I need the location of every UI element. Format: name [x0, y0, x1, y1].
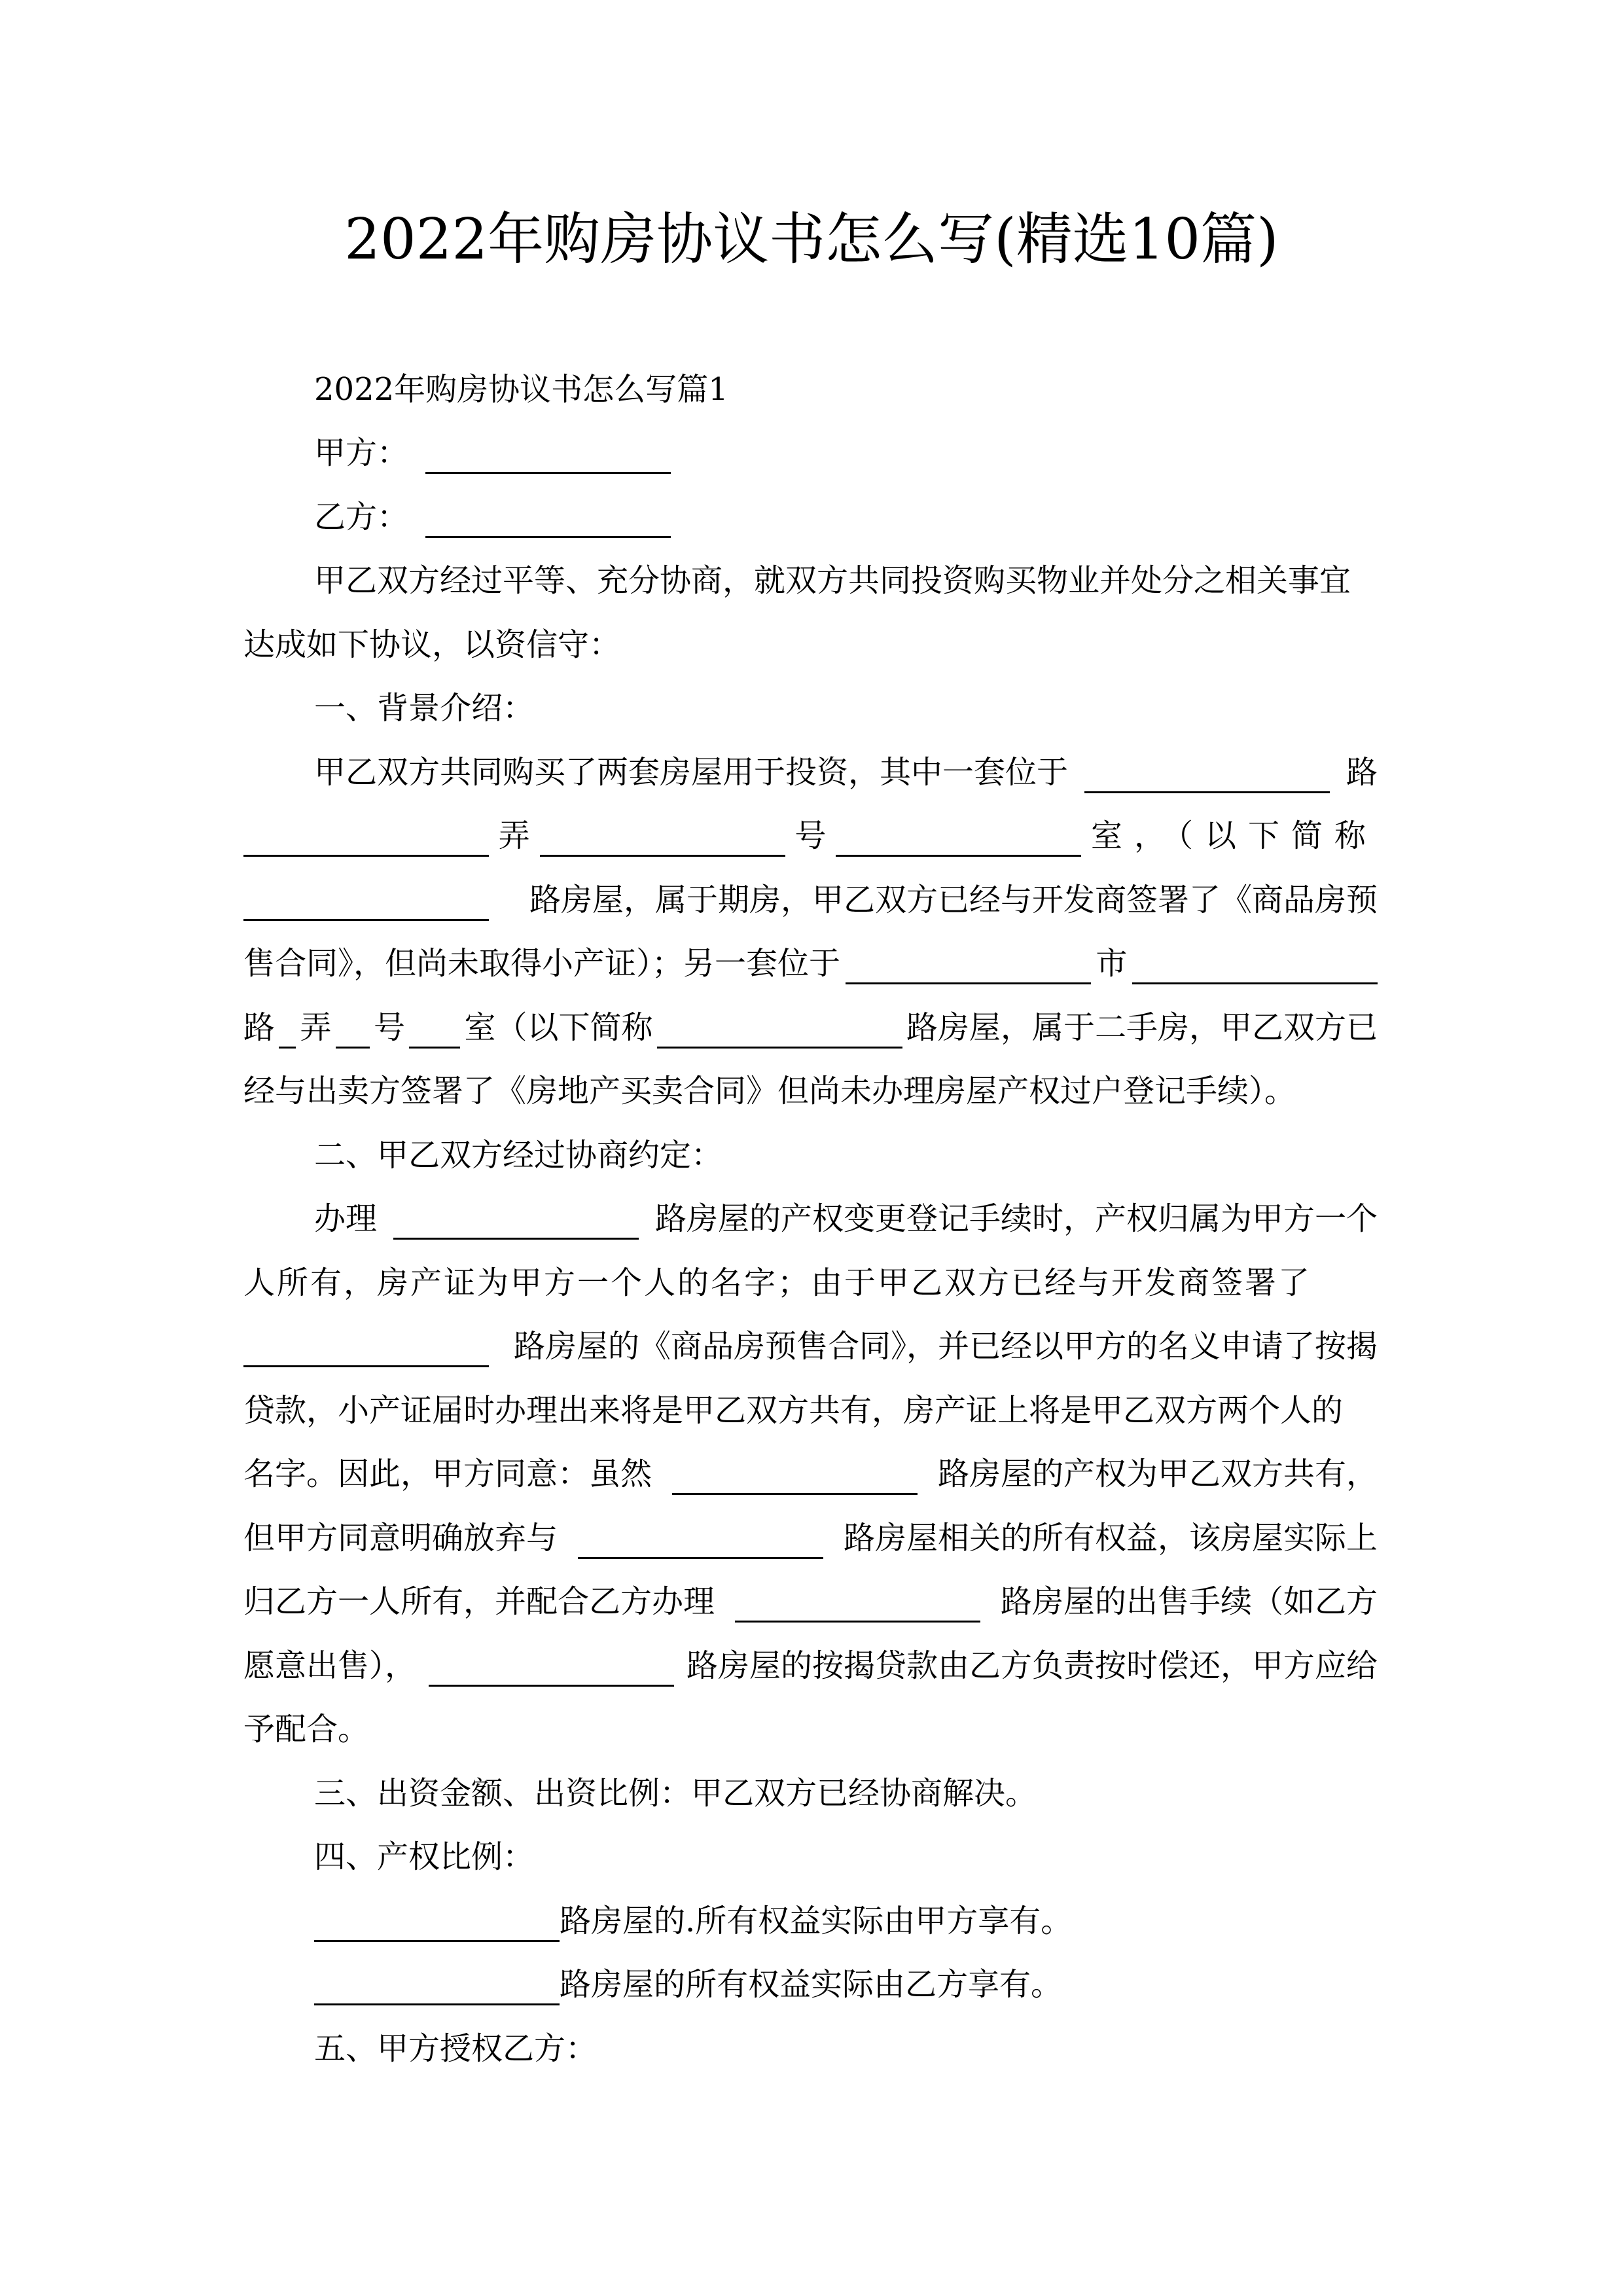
section-2-line-7: 归乙方一人所有，并配合乙方办理 路房屋的出售手续（如乙方 — [243, 1559, 1378, 1623]
section-2-line-2: 人所有，房产证为甲方一个人的名字；由于甲乙双方已经与开发商签署了 — [243, 1240, 1378, 1304]
road-blank-4[interactable] — [243, 1331, 489, 1367]
section-1-line-3: 路房屋，属于期房，甲乙双方已经与开发商签署了《商品房预 — [243, 857, 1378, 921]
section-2-line-3: 路房屋的《商品房预售合同》，并已经以甲方的名义申请了按揭 — [243, 1304, 1378, 1367]
document-page: 2022年购房协议书怎么写(精选10篇) 2022年购房协议书怎么写篇1 甲方：… — [0, 0, 1623, 2296]
party-a-blank[interactable] — [425, 437, 671, 474]
text-segment: 甲乙双方共同购买了两套房屋用于投资，其中一套位于 — [314, 751, 1068, 793]
lane-short-blank[interactable] — [336, 1012, 370, 1049]
text-segment: 室（以下简称 — [464, 1007, 652, 1049]
text-segment: 愿意出售）， — [243, 1645, 416, 1687]
lane-blank[interactable] — [540, 820, 785, 857]
abbrev-blank-2[interactable] — [657, 1012, 902, 1049]
section-1-line-5: 路 弄 号 室（以下简称 路房屋，属于二手房，甲乙双方已 — [243, 985, 1378, 1049]
road-blank-5[interactable] — [672, 1458, 918, 1495]
text-segment: 但甲方同意明确放弃与 — [243, 1517, 558, 1559]
road-blank-2[interactable] — [1132, 948, 1378, 984]
text-segment: 路房屋的出售手续（如乙方 — [1001, 1581, 1378, 1623]
section-2-line-6: 但甲方同意明确放弃与 路房屋相关的所有权益，该房屋实际上 — [243, 1496, 1378, 1559]
text-segment: 市 — [1096, 942, 1127, 984]
text-segment: 路房屋的产权为甲乙双方共有， — [938, 1453, 1378, 1495]
intro-text-2: 达成如下协议，以资信守： — [243, 624, 620, 666]
section-5-heading: 五、甲方授权乙方： — [243, 2006, 1378, 2070]
text-segment: 办理 — [314, 1198, 377, 1240]
subtitle-text: 2022年购房协议书怎么写篇1 — [314, 368, 728, 410]
section-1-line-1: 甲乙双方共同购买了两套房屋用于投资，其中一套位于 路 — [243, 730, 1378, 793]
text-segment: 人所有，房产证为甲方一个人的名字；由于甲乙双方已经与开发商签署了 — [243, 1262, 1311, 1304]
section-4-line-1: 路房屋的.所有权益实际由甲方享有。 — [243, 1878, 1378, 1942]
road-blank-3[interactable] — [393, 1203, 639, 1240]
text-segment: 售合同》，但尚未取得小产证）；另一套位于 — [243, 942, 840, 984]
address-blank[interactable] — [1084, 757, 1330, 793]
section-2-line-1: 办理 路房屋的产权变更登记手续时，产权归属为甲方一个 — [243, 1176, 1378, 1240]
section-2-line-5: 名字。因此，甲方同意：虽然 路房屋的产权为甲乙双方共有， — [243, 1431, 1378, 1495]
text-segment: 经与出卖方签署了《房地产买卖合同》但尚未办理房屋产权过户登记手续）。 — [243, 1070, 1296, 1112]
section-1-line-2: 弄 号 室，（以下简称 — [243, 793, 1378, 857]
room-short-blank[interactable] — [409, 1012, 460, 1049]
text-segment: 路房屋，属于期房，甲乙双方已经与开发商签署了《商品房预 — [529, 879, 1378, 921]
text-segment: 号 — [374, 1007, 405, 1049]
text-segment: 路 — [1346, 751, 1378, 793]
intro-line-1: 甲乙双方经过平等、充分协商，就双方共同投资购买物业并处分之相关事宜 — [243, 538, 1378, 601]
text-segment: 弄 — [499, 815, 530, 857]
section-2-line-8: 愿意出售）， 路房屋的按揭贷款由乙方负责按时偿还，甲方应给 — [243, 1623, 1378, 1687]
text-segment: 路房屋的《商品房预售合同》，并已经以甲方的名义申请了按揭 — [514, 1325, 1378, 1367]
number-blank[interactable] — [836, 820, 1081, 857]
text-segment: 室，（以下简称 — [1091, 815, 1378, 857]
city-blank[interactable] — [846, 948, 1091, 984]
section-2-line-9: 予配合。 — [243, 1687, 1378, 1750]
section-3-line: 三、出资金额、出资比例：甲乙双方已经协商解决。 — [243, 1751, 1378, 1814]
section-4-heading-text: 四、产权比例： — [314, 1836, 534, 1878]
text-segment: 路房屋的按揭贷款由乙方负责按时偿还，甲方应给 — [687, 1645, 1378, 1687]
party-a-label: 甲方： — [314, 432, 408, 474]
road-blank-9[interactable] — [314, 1905, 560, 1942]
text-segment: 路房屋相关的所有权益，该房屋实际上 — [844, 1517, 1378, 1559]
section-1-heading-text: 一、背景介绍： — [314, 687, 534, 729]
text-segment: 路房屋的产权变更登记手续时，产权归属为甲方一个 — [655, 1198, 1378, 1240]
section-1-heading: 一、背景介绍： — [243, 666, 1378, 729]
party-b-line: 乙方： — [243, 475, 1378, 538]
party-a-line: 甲方： — [243, 410, 1378, 474]
text-segment: 路 — [243, 1007, 275, 1049]
road-blank-10[interactable] — [314, 1969, 560, 2005]
text-segment: 名字。因此，甲方同意：虽然 — [243, 1453, 652, 1495]
road-blank[interactable] — [243, 820, 489, 857]
section-subtitle: 2022年购房协议书怎么写篇1 — [243, 347, 1378, 410]
text-segment: 号 — [794, 815, 826, 857]
text-segment: 弄 — [300, 1007, 331, 1049]
text-segment: 路房屋，属于二手房，甲乙双方已 — [906, 1007, 1378, 1049]
road-short-blank[interactable] — [279, 1012, 296, 1049]
text-segment: 贷款，小产证届时办理出来将是甲乙双方共有，房产证上将是甲乙双方两个人的 — [243, 1390, 1343, 1431]
section-5-heading-text: 五、甲方授权乙方： — [314, 2028, 597, 2070]
text-segment: 予配合。 — [243, 1708, 369, 1750]
section-1-line-6: 经与出卖方签署了《房地产买卖合同》但尚未办理房屋产权过户登记手续）。 — [243, 1049, 1378, 1112]
text-segment: 路房屋的.所有权益实际由甲方享有。 — [560, 1900, 1072, 1942]
section-2-heading: 二、甲乙双方经过协商约定： — [243, 1113, 1378, 1176]
road-blank-8[interactable] — [429, 1650, 674, 1687]
intro-text-1: 甲乙双方经过平等、充分协商，就双方共同投资购买物业并处分之相关事宜 — [314, 560, 1351, 601]
section-4-heading: 四、产权比例： — [243, 1814, 1378, 1878]
party-b-blank[interactable] — [425, 501, 671, 538]
road-blank-6[interactable] — [578, 1522, 823, 1559]
party-b-label: 乙方： — [314, 496, 408, 538]
abbrev-blank[interactable] — [243, 884, 489, 921]
section-3-text: 三、出资金额、出资比例：甲乙双方已经协商解决。 — [314, 1772, 1037, 1814]
road-blank-7[interactable] — [735, 1586, 980, 1623]
section-4-line-2: 路房屋的所有权益实际由乙方享有。 — [243, 1942, 1378, 2005]
intro-line-2: 达成如下协议，以资信守： — [243, 602, 1378, 666]
section-2-heading-text: 二、甲乙双方经过协商约定： — [314, 1134, 722, 1176]
text-segment: 路房屋的所有权益实际由乙方享有。 — [560, 1964, 1062, 2005]
section-1-line-4: 售合同》，但尚未取得小产证）；另一套位于 市 — [243, 921, 1378, 984]
section-2-line-4: 贷款，小产证届时办理出来将是甲乙双方共有，房产证上将是甲乙双方两个人的 — [243, 1368, 1378, 1431]
document-title: 2022年购房协议书怎么写(精选10篇) — [0, 200, 1623, 279]
text-segment: 归乙方一人所有，并配合乙方办理 — [243, 1581, 715, 1623]
